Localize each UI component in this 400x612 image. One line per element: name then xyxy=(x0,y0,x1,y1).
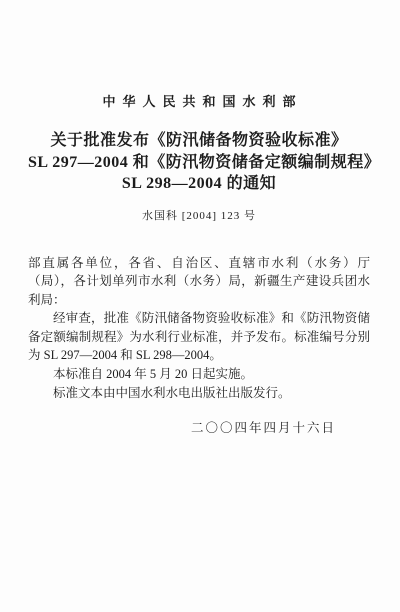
notice-title-line-3: SL 298—2004 的通知 xyxy=(28,173,370,195)
document-page: 中华人民共和国水利部 关于批准发布《防汛储备物资验收标准》 SL 297—200… xyxy=(0,0,400,612)
issue-date: 二〇〇四年四月十六日 xyxy=(28,418,336,436)
notice-title-line-2: SL 297—2004 和《防汛物资储备定额编制规程》 xyxy=(28,152,370,174)
document-number: 水国科 [2004] 123 号 xyxy=(28,207,370,223)
effective-date-paragraph: 本标准自 2004 年 5 月 20 日起实施。 xyxy=(28,365,370,384)
addressee-paragraph: 部直属各单位，各省、自治区、直辖市水利（水务）厅（局），各计划单列市水利（水务）… xyxy=(28,254,370,310)
notice-title-line-1: 关于批准发布《防汛储备物资验收标准》 xyxy=(28,130,370,152)
publisher-paragraph: 标准文本由中国水利水电出版社出版发行。 xyxy=(28,384,370,403)
approval-paragraph: 经审查，批准《防汛储备物资验收标准》和《防汛物资储备定额编制规程》为水利行业标准… xyxy=(28,309,370,365)
notice-body: 部直属各单位，各省、自治区、直辖市水利（水务）厅（局），各计划单列市水利（水务）… xyxy=(28,254,370,403)
issuing-authority: 中华人民共和国水利部 xyxy=(28,91,370,110)
notice-title: 关于批准发布《防汛储备物资验收标准》 SL 297—2004 和《防汛物资储备定… xyxy=(28,130,370,195)
